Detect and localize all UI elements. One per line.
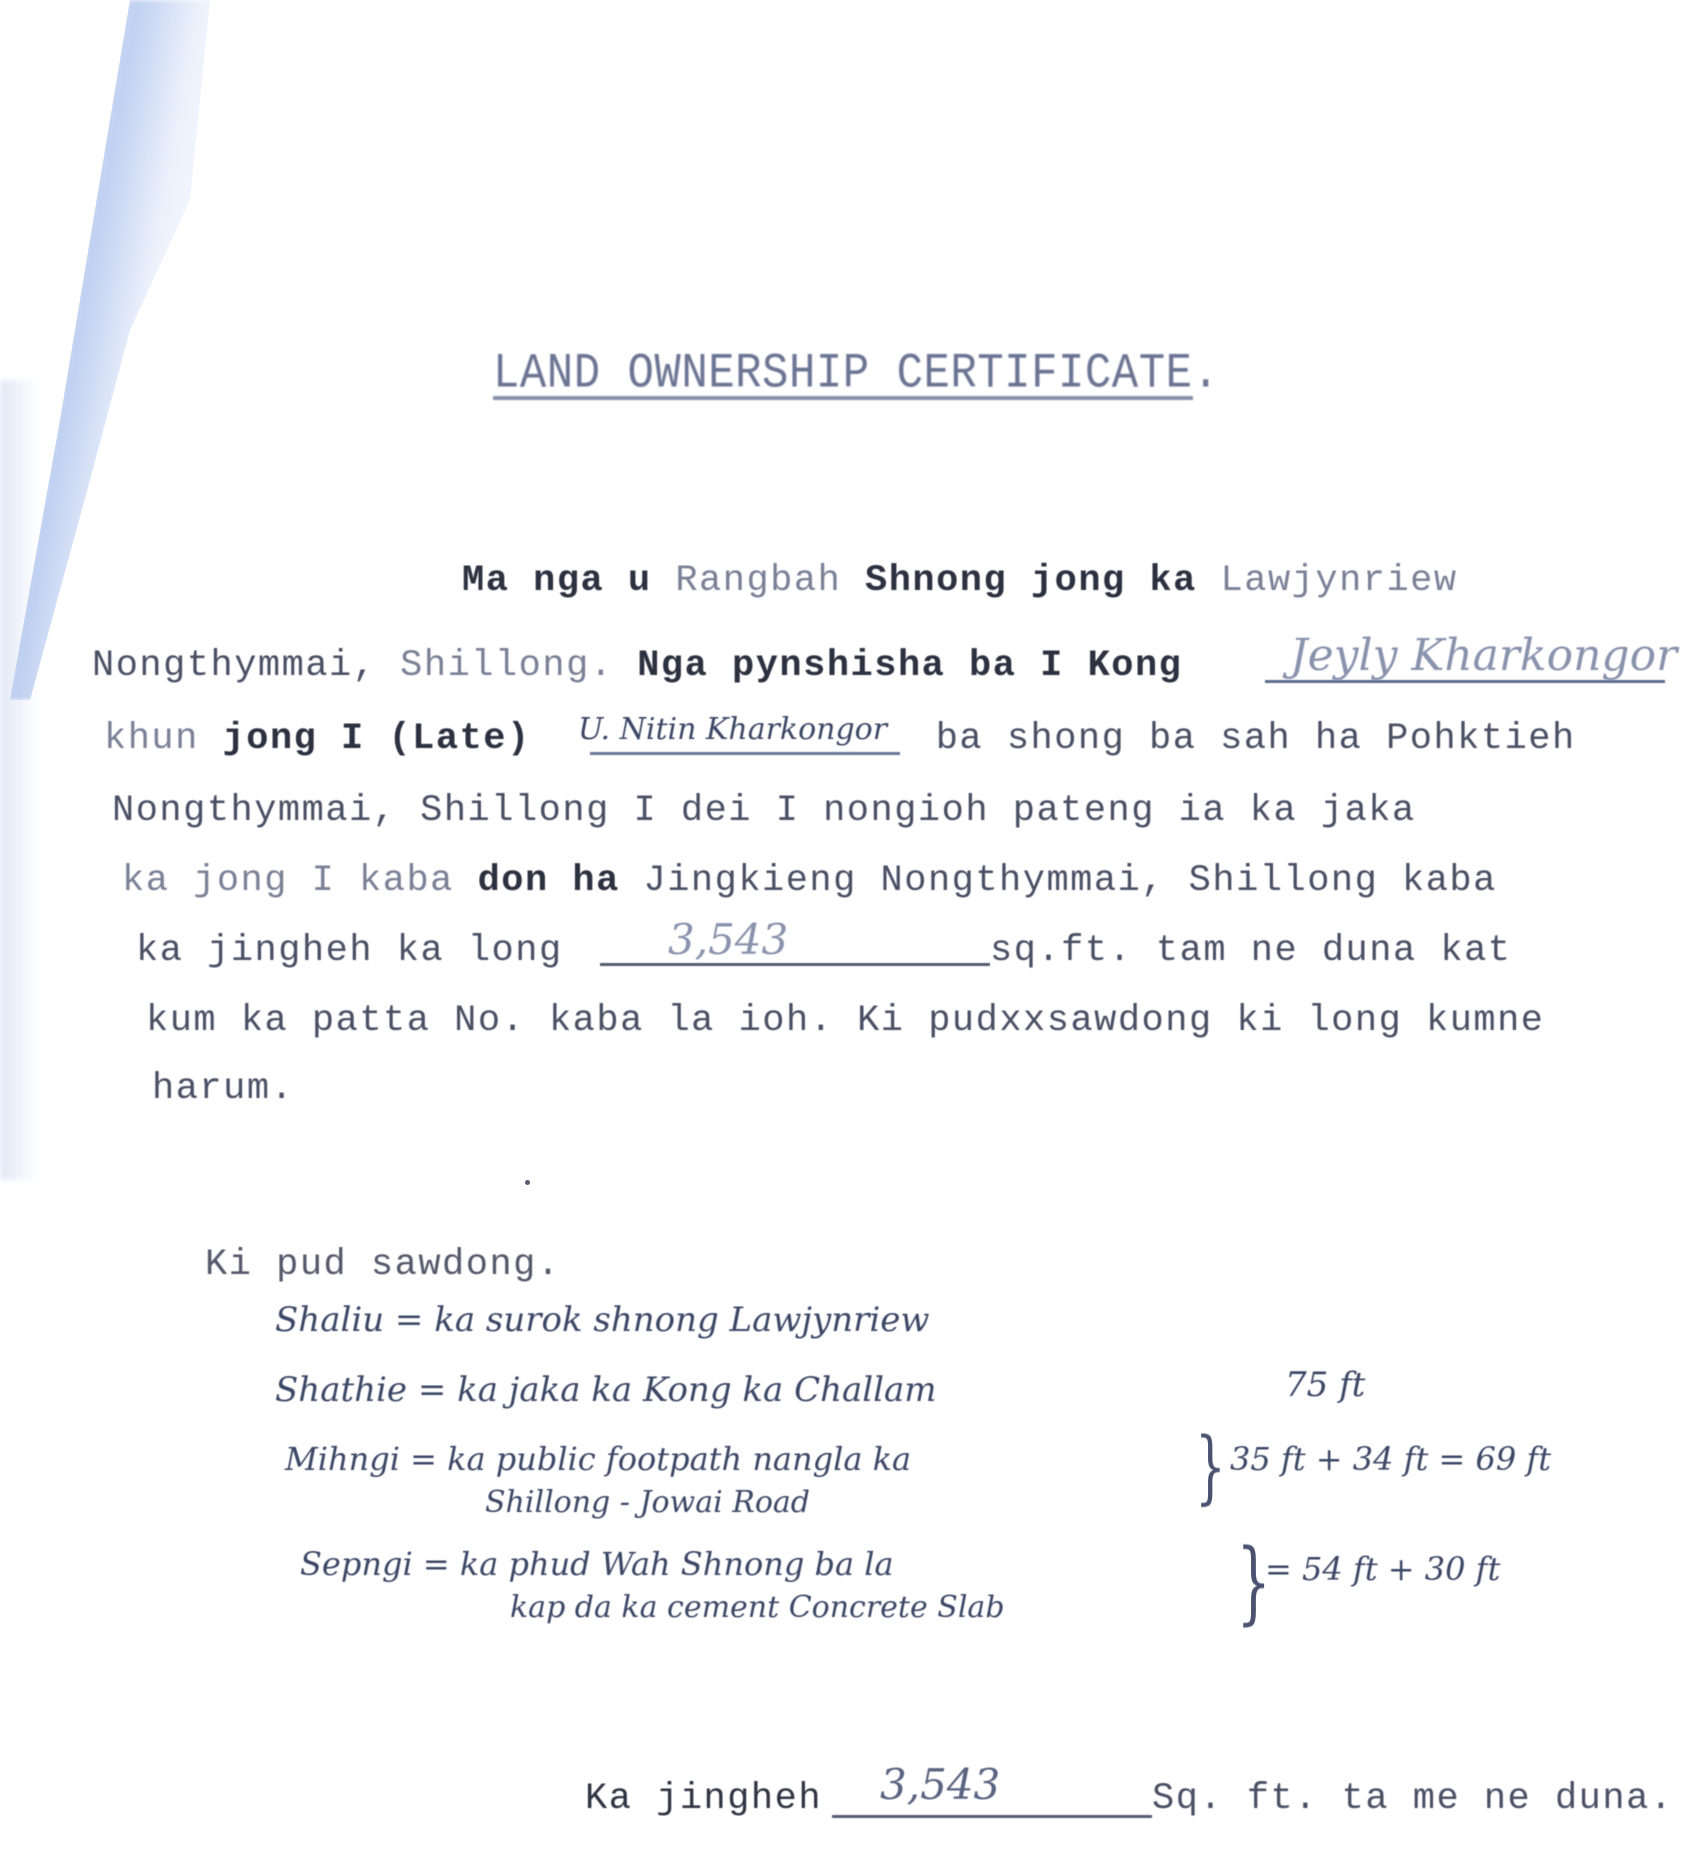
boundary-direction: Shathie: [275, 1370, 407, 1410]
line5-part-a: ka jong I kaba: [122, 860, 478, 902]
boundary-text: = ka public footpath nangla ka: [410, 1440, 911, 1478]
area-summary-value: 3,543: [880, 1760, 1000, 1809]
boundary-item-east: Mihngi = ka public footpath nangla ka: [285, 1440, 911, 1478]
area-summary-suffix: Sq. ft. ta me ne duna.: [1152, 1778, 1673, 1820]
boundary-measure: 35 ft + 34 ft = 69 ft: [1230, 1440, 1551, 1478]
boundary-direction: Shaliu: [275, 1300, 384, 1340]
boundary-item-south: Shathie = ka jaka ka Kong ka Challam: [275, 1370, 937, 1410]
boundary-measure: = 54 ft + 30 ft: [1265, 1550, 1500, 1588]
boundary-text-line2: Shillong - Jowai Road: [485, 1485, 810, 1520]
line1-part-d: Lawjynriew: [1221, 560, 1458, 602]
line6-part-a: ka jingheh ka long: [136, 930, 586, 972]
boundary-text-line2: kap da ka cement Concrete Slab: [510, 1590, 1005, 1625]
boundary-item-west: Sepngi = ka phud Wah Shnong ba la: [300, 1545, 894, 1583]
line3-part-a: khun: [104, 718, 223, 760]
boundary-direction: Mihngi: [285, 1440, 400, 1478]
line2-part-a: Nongthymmai,: [92, 645, 400, 687]
line2-part-b: Shillong.: [400, 645, 637, 687]
parent-name-underline: [590, 752, 900, 755]
line5-part-b: don ha: [478, 860, 644, 902]
brace-icon: }: [1195, 1420, 1226, 1513]
stray-dot: [525, 1180, 530, 1185]
paragraph-line-4: Nongthymmai, Shillong I dei I nongioh pa…: [112, 790, 1416, 832]
line1-part-a: Ma nga u: [462, 560, 675, 602]
handwritten-applicant-name: Jeyly Kharkongor: [1290, 630, 1677, 681]
handwritten-parent-name: U. Nitin Kharkongor: [578, 712, 887, 747]
paragraph-line-2: Nongthymmai, Shillong. Nga pynshisha ba …: [92, 645, 1182, 687]
area-summary-label: Ka jingheh: [585, 1778, 846, 1820]
boundary-text: = ka jaka ka Kong ka Challam: [418, 1370, 937, 1410]
line3-part-b: jong I (Late): [223, 718, 531, 760]
paragraph-line-6: ka jingheh ka long: [136, 930, 586, 972]
boundaries-heading: Ki pud sawdong.: [205, 1244, 561, 1286]
paragraph-line-5: ka jong I kaba don ha Jingkieng Nongthym…: [122, 860, 1497, 902]
line1-part-b: Rangbah: [675, 560, 865, 602]
paragraph-line-3: khun jong I (Late): [104, 718, 531, 760]
applicant-name-underline: [1265, 680, 1665, 683]
boundary-text: = ka surok shnong Lawjynriew: [395, 1300, 930, 1340]
line6-part-b: sq.ft. tam ne duna kat: [990, 930, 1511, 972]
handwritten-area-value: 3,543: [668, 915, 788, 964]
line3-part-c: ba shong ba sah ha Pohktieh: [912, 718, 1576, 760]
title-underline: [493, 396, 1193, 400]
boundary-measure: 75 ft: [1285, 1365, 1365, 1405]
boundary-direction: Sepngi: [300, 1545, 413, 1583]
line5-part-c: Jingkieng Nongthymmai, Shillong kaba: [644, 860, 1497, 902]
line2-part-c: Nga pynshisha ba I Kong: [637, 645, 1182, 687]
area-value-underline: [600, 963, 990, 966]
line1-part-c: Shnong jong ka: [865, 560, 1221, 602]
boundary-item-north: Shaliu = ka surok shnong Lawjynriew: [275, 1300, 930, 1340]
paragraph-line-1: Ma nga u Rangbah Shnong jong ka Lawjynri…: [462, 560, 1458, 602]
area-summary-underline: [832, 1815, 1152, 1818]
boundary-text: = ka phud Wah Shnong ba la: [423, 1545, 894, 1583]
paragraph-line-7: kum ka patta No. kaba la ioh. Ki pudxxsa…: [146, 1000, 1545, 1042]
scan-edge-shadow-lower: [0, 380, 40, 1180]
certificate-title: LAND OWNERSHIP CERTIFICATE.: [493, 346, 1219, 402]
paragraph-line-8: harum.: [152, 1068, 294, 1110]
